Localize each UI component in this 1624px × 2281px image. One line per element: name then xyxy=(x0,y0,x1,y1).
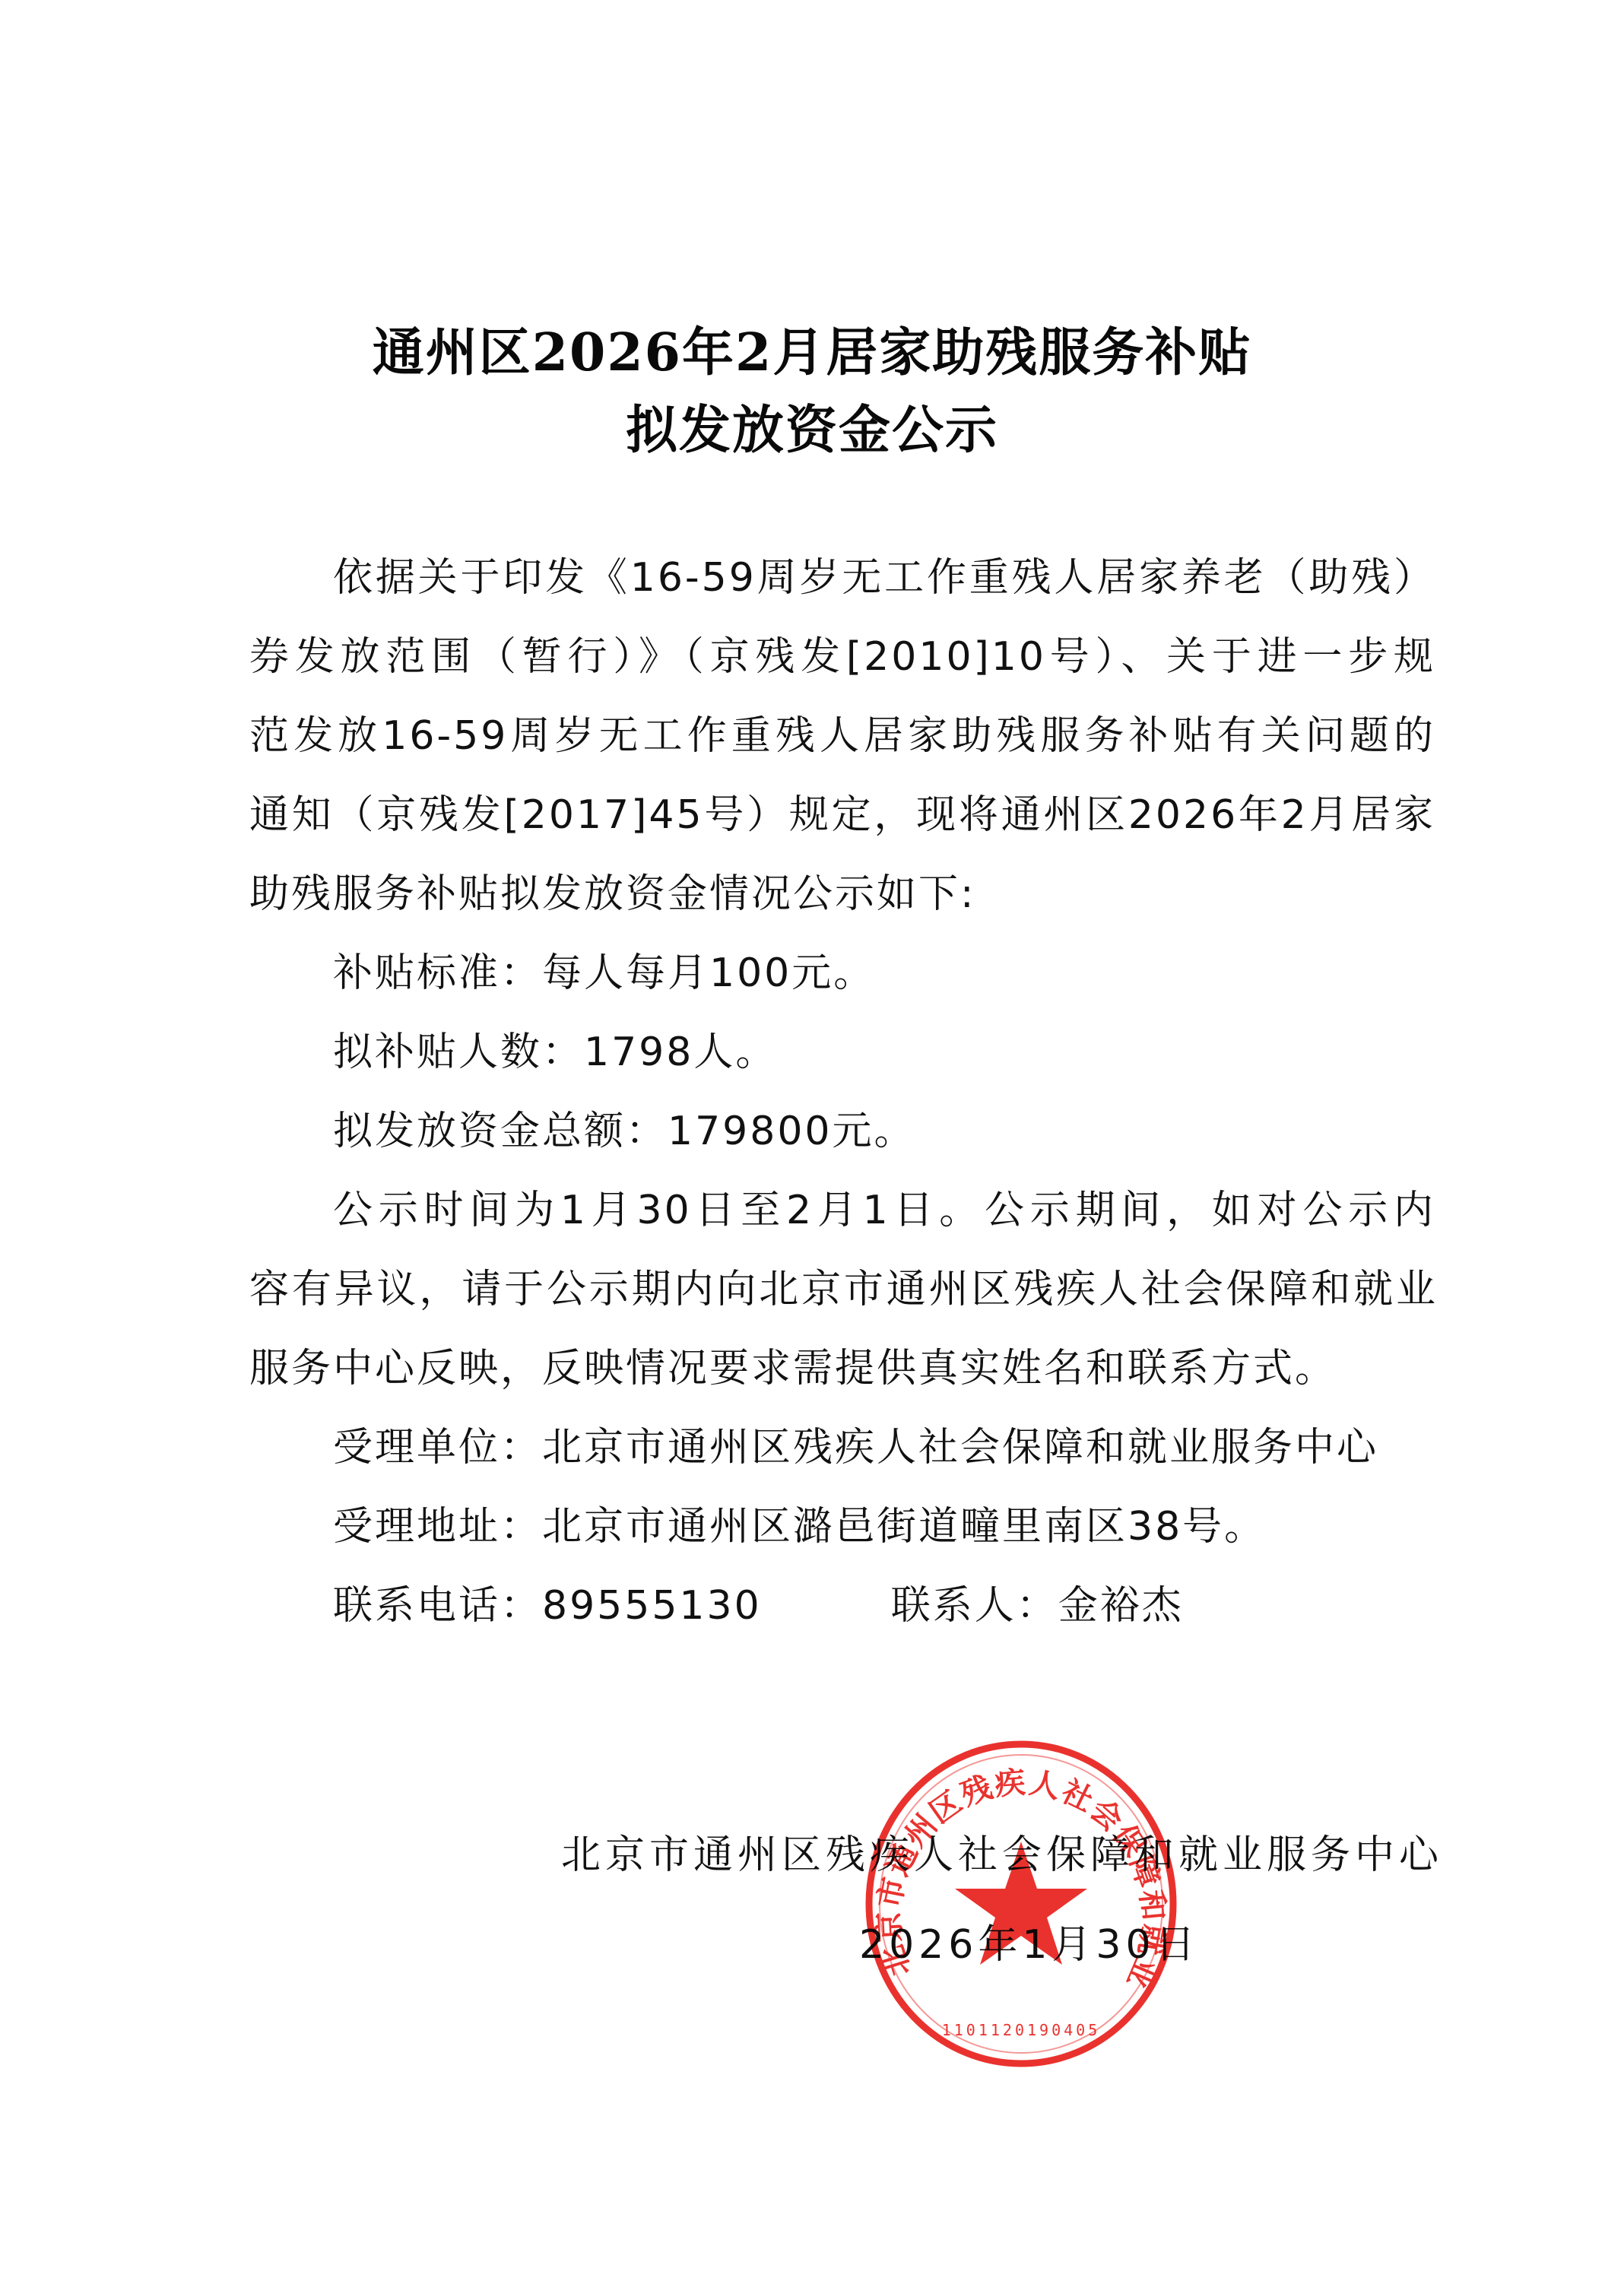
subsidy-standard: 补贴标准：每人每月100元。 xyxy=(333,949,1519,998)
body-paragraph-1-line-2: 券发放范围（暂行）》（京残发[2010]10号）、关于进一步规 xyxy=(249,633,1435,681)
svg-text:1101120190405: 1101120190405 xyxy=(942,2021,1101,2039)
document-title-line-2: 拟发放资金公示 xyxy=(0,395,1624,465)
total-amount: 拟发放资金总额：179800元。 xyxy=(333,1107,1519,1156)
document-page: 通州区2026年2月居家助残服务补贴 拟发放资金公示 依据关于印发《16-59周… xyxy=(0,0,1624,2281)
body-paragraph-1-line-3: 范发放16-59周岁无工作重残人居家助残服务补贴有关问题的 xyxy=(249,712,1435,760)
official-seal-icon: 北京市通州区残疾人社会保障和就业服务中心 1101120190405 xyxy=(858,1735,1185,2070)
contact-person: 联系人：金裕杰 xyxy=(891,1583,1184,1629)
body-paragraph-1-line-1: 依据关于印发《16-59周岁无工作重残人居家养老（助残） xyxy=(333,554,1435,602)
body-paragraph-1-line-5: 助残服务补贴拟发放资金情况公示如下: xyxy=(249,870,1435,918)
body-paragraph-2-line-3: 服务中心反映，反映情况要求需提供真实姓名和联系方式。 xyxy=(249,1344,1435,1393)
document-title-line-1: 通州区2026年2月居家助残服务补贴 xyxy=(0,318,1624,388)
body-paragraph-2-line-2: 容有异议，请于公示期内向北京市通州区残疾人社会保障和就业 xyxy=(249,1265,1435,1314)
handling-unit: 受理单位：北京市通州区残疾人社会保障和就业服务中心 xyxy=(333,1423,1519,1472)
handling-address: 受理地址：北京市通州区潞邑街道疃里南区38号。 xyxy=(333,1502,1519,1551)
body-paragraph-1-line-4: 通知（京残发[2017]45号）规定，现将通州区2026年2月居家 xyxy=(249,791,1435,839)
body-paragraph-2-line-1: 公示时间为1月30日至2月1日。公示期间，如对公示内 xyxy=(333,1186,1435,1235)
recipient-count: 拟补贴人数：1798人。 xyxy=(333,1028,1519,1077)
contact-phone: 联系电话：89555130 xyxy=(333,1583,762,1629)
contact-row: 联系电话：89555130联系人：金裕杰 xyxy=(333,1581,1519,1630)
